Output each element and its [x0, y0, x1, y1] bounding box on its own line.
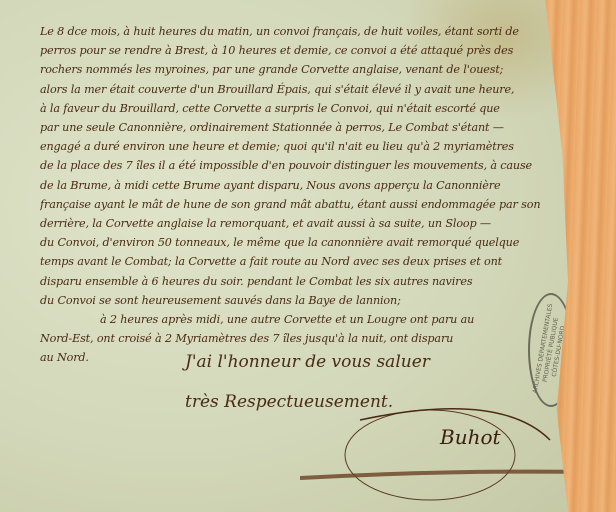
- body-line: rochers nommés les myroines, par une gra…: [40, 60, 560, 79]
- body-line: française ayant le mât de hune de son gr…: [40, 195, 560, 214]
- body-line: par une seule Canonnière, ordinairement …: [40, 118, 560, 137]
- body-line: de la place des 7 îles il a été impossib…: [40, 156, 560, 175]
- signature: Buhot: [440, 425, 501, 449]
- body-line: engagé a duré environ une heure et demie…: [40, 137, 560, 156]
- closing-line-1: J'ai l'honneur de vous saluer: [185, 342, 430, 382]
- body-line: derrière, la Corvette anglaise la remorq…: [40, 214, 560, 233]
- body-line: alors la mer était couverte d'un Brouill…: [40, 80, 560, 99]
- body-line: du Convoi se sont heureusement sauvés da…: [40, 291, 560, 310]
- signature-flourish: [300, 400, 600, 512]
- letter-body: Le 8 dce mois, à huit heures du matin, u…: [40, 22, 560, 368]
- manuscript-page: Le 8 dce mois, à huit heures du matin, u…: [0, 0, 568, 512]
- body-line: Le 8 dce mois, à huit heures du matin, u…: [40, 22, 560, 41]
- body-line: à la faveur du Brouillard, cette Corvett…: [40, 99, 560, 118]
- body-line: disparu ensemble à 6 heures du soir. pen…: [40, 272, 560, 291]
- body-line: temps avant le Combat; la Corvette a fai…: [40, 252, 560, 271]
- body-line: perros pour se rendre à Brest, à 10 heur…: [40, 41, 560, 60]
- paragraph-2-line: à 2 heures après midi, une autre Corvett…: [40, 310, 560, 329]
- body-line: de la Brume, à midi cette Brume ayant di…: [40, 176, 560, 195]
- body-line: du Convoi, d'environ 50 tonneaux, le mêm…: [40, 233, 560, 252]
